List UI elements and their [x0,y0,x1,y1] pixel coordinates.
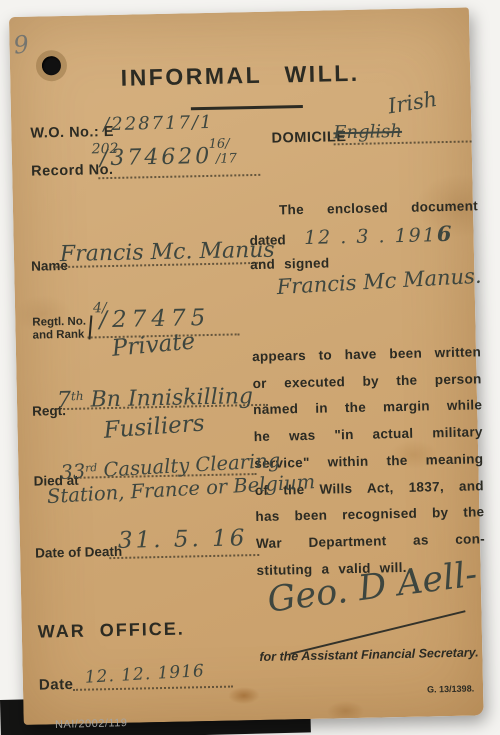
name-value: Francis Mc. Manus [60,238,275,267]
pencil-corner-note: 9 [12,30,31,60]
date-of-death-value: 31. 5. 16 [118,525,248,554]
regt-number: 7 [57,388,72,413]
statement-body: appears to have been written or executed… [252,339,486,584]
form-title: INFORMAL WILL. [10,57,470,94]
record-no-frac-top: 16/ [208,137,229,152]
title-underline [191,105,303,110]
approver-title: for the Assistant Financial Secretary. [259,645,479,664]
dated-last-digit: 6 [437,221,452,246]
archive-reference: NAI/2002/119 [55,717,128,731]
form-number: G. 13/1398. [427,684,474,695]
wo-no-value: /228717/1 [103,112,214,135]
war-office-label: WAR OFFICE. [38,619,185,643]
regtl-label-line1: Regtl. No. [32,316,86,330]
date-label: Date [39,676,74,694]
record-no-value: /374620 [100,144,213,171]
regt-name-line2: Fusiliers [103,410,206,443]
died-at-ordinal: rd [85,461,98,475]
died-at-number: 33 [60,460,86,484]
dated-value: 12 . 3 . 191 [304,224,437,249]
wo-no-label: W.O. No.: E [30,124,114,142]
regtl-label-line2: and Rank [32,329,86,343]
domicile-value: Irish [386,87,439,119]
regt-ordinal: th [71,389,84,403]
domicile-struck-value: English [333,121,402,143]
statement-body-line: War Department as con- [256,526,486,557]
record-no-frac-bottom: /17 [216,151,237,166]
regt-name: Bn Inniskilling [83,384,253,413]
will-form-paper: 9 INFORMAL WILL. W.O. No.: E /228717/1 D… [9,7,484,724]
